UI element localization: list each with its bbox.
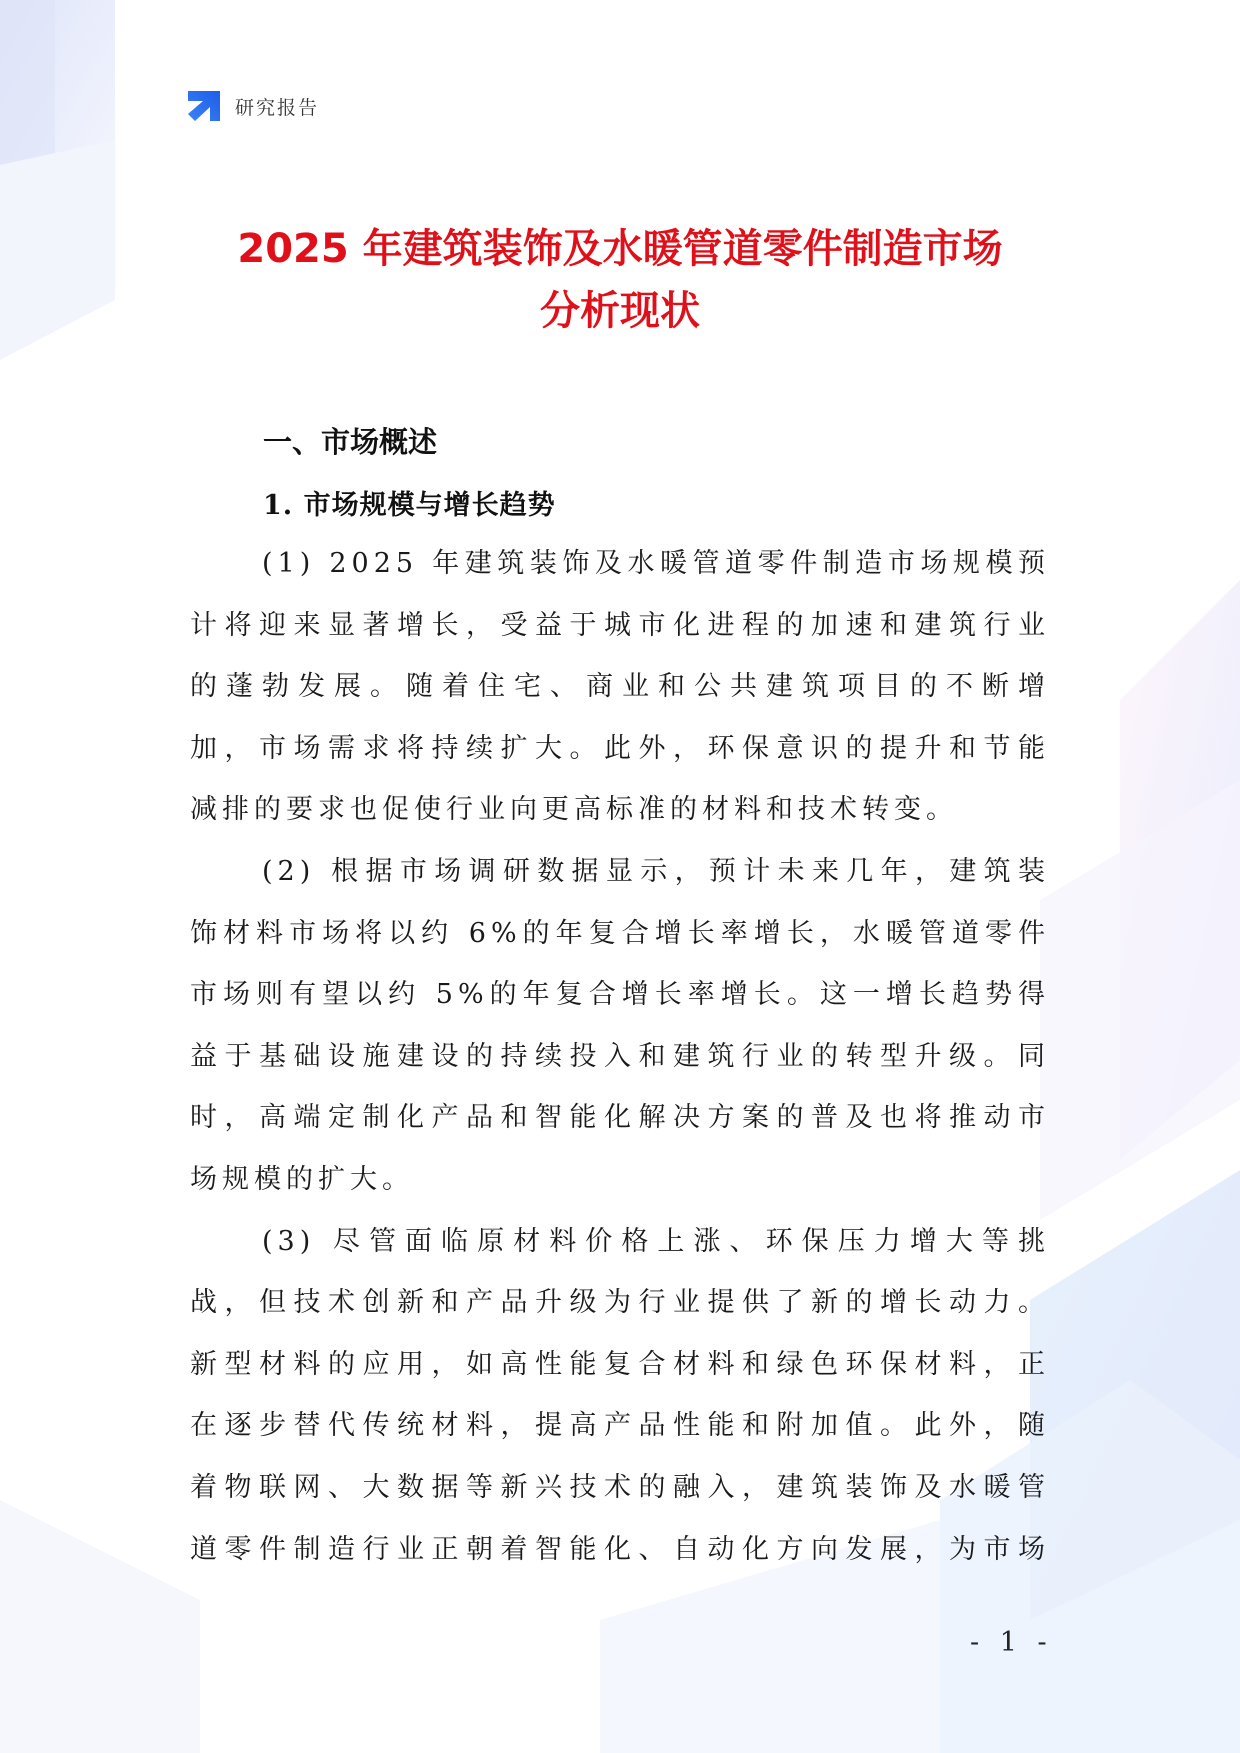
text-line: 着物联网、大数据等新兴技术的融入，建筑装饰及水暖管: [190, 1457, 1050, 1519]
text-line: 减排的要求也促使行业向更高标准的材料和技术转变。: [190, 779, 1050, 841]
text-line: 饰材料市场将以约 6%的年复合增长率增长，水暖管道零件: [190, 903, 1050, 965]
paragraph-3: (3) 尽管面临原材料价格上涨、环保压力增大等挑 战，但技术创新和产品升级为行业…: [190, 1211, 1050, 1581]
text-line: 加，市场需求将持续扩大。此外，环保意识的提升和节能: [190, 718, 1050, 780]
title-line-2: 分析现状: [540, 288, 700, 334]
text-line: 市场则有望以约 5%的年复合增长率增长。这一增长趋势得: [190, 964, 1050, 1026]
text-line: 道零件制造行业正朝着智能化、自动化方向发展，为市场: [190, 1519, 1050, 1581]
body-text: (1) 2025 年建筑装饰及水暖管道零件制造市场规模预 计将迎来显著增长，受益…: [190, 533, 1050, 1580]
text-line: (3) 尽管面临原材料价格上涨、环保压力增大等挑: [190, 1211, 1050, 1273]
text-line: 战，但技术创新和产品升级为行业提供了新的增长动力。: [190, 1272, 1050, 1334]
text-line: 时，高端定制化产品和智能化解决方案的普及也将推动市: [190, 1087, 1050, 1149]
page-number: - 1 -: [970, 1627, 1053, 1658]
title-line-1: 2025 年建筑装饰及水暖管道零件制造市场: [237, 226, 1002, 272]
paragraph-1: (1) 2025 年建筑装饰及水暖管道零件制造市场规模预 计将迎来显著增长，受益…: [190, 533, 1050, 841]
section-heading: 一、市场概述: [263, 420, 437, 461]
text-line: 新型材料的应用，如高性能复合材料和绿色环保材料，正: [190, 1334, 1050, 1396]
text-line: 的蓬勃发展。随着住宅、商业和公共建筑项目的不断增: [190, 656, 1050, 718]
text-line: 场规模的扩大。: [190, 1149, 1050, 1211]
report-brand: 研究报告: [187, 90, 319, 122]
text-line: (2) 根据市场调研数据显示，预计未来几年，建筑装: [190, 841, 1050, 903]
brand-label: 研究报告: [235, 93, 319, 120]
paragraph-2: (2) 根据市场调研数据显示，预计未来几年，建筑装 饰材料市场将以约 6%的年复…: [190, 841, 1050, 1211]
text-line: (1) 2025 年建筑装饰及水暖管道零件制造市场规模预: [190, 533, 1050, 595]
subsection-heading: 1. 市场规模与增长趋势: [263, 483, 556, 522]
arrow-up-right-icon: [187, 90, 221, 122]
document-page: 研究报告 2025 年建筑装饰及水暖管道零件制造市场 分析现状 一、市场概述 1…: [0, 0, 1240, 1753]
text-line: 计将迎来显著增长，受益于城市化进程的加速和建筑行业: [190, 595, 1050, 657]
document-title: 2025 年建筑装饰及水暖管道零件制造市场 分析现状: [170, 218, 1070, 342]
text-line: 在逐步替代传统材料，提高产品性能和附加值。此外，随: [190, 1395, 1050, 1457]
text-line: 益于基础设施建设的持续投入和建筑行业的转型升级。同: [190, 1026, 1050, 1088]
